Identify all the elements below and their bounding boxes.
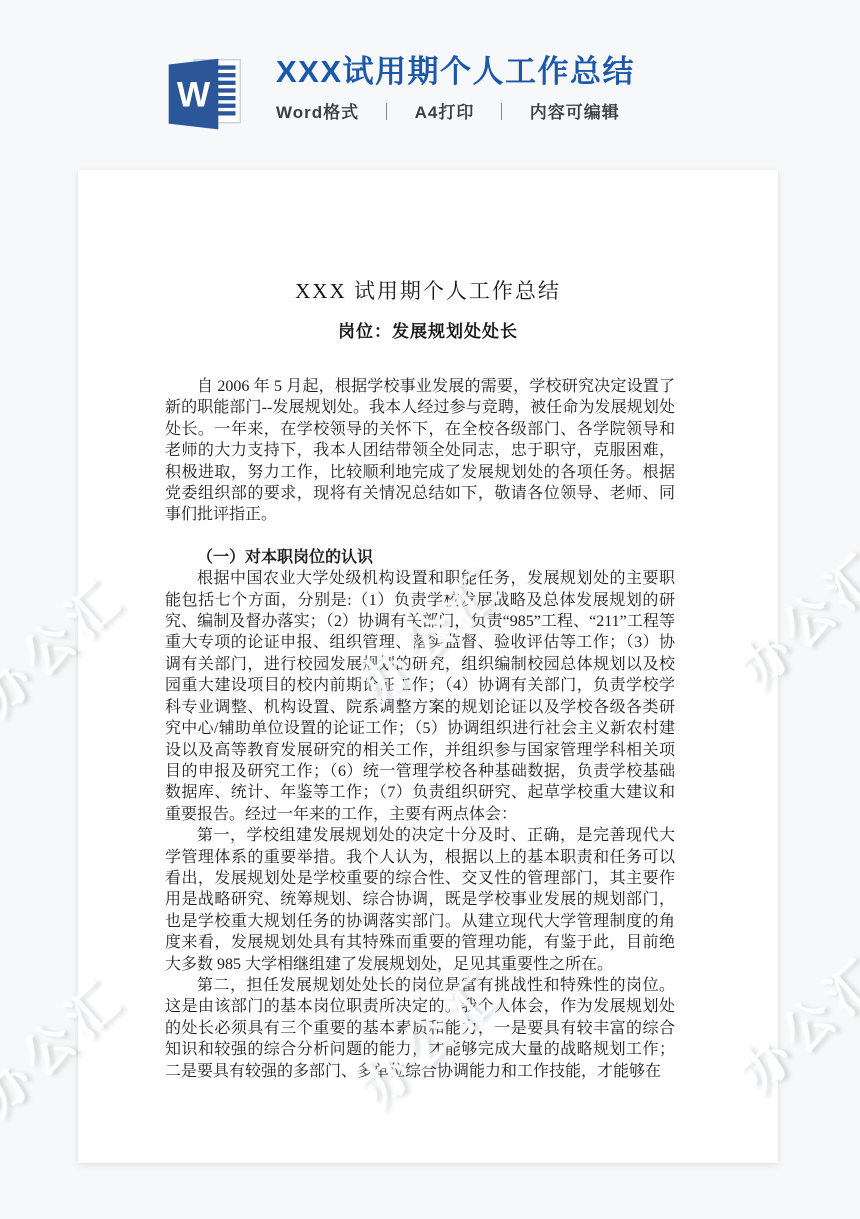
feature-badges: Word格式 ｜ A4打印 ｜ 内容可编辑 [276,98,635,123]
badge-separator: ｜ [493,103,511,122]
document-body: 自 2006 年 5 月起，根据学校事业发展的需要，学校研究决定设置了新的职能部… [78,376,778,1082]
section-heading: （一）对本职岗位的认识 [165,547,675,568]
paragraph-point1: 第一，学校组建发展规划处的决定十分及时、正确，是完善现代大学管理体系的重要举措。… [165,825,675,975]
page-title: XXX试用期个人工作总结 [276,55,635,89]
badge-a4-print: A4打印 [415,103,475,122]
paragraph-duties: 根据中国农业大学处级机构设置和职能任务，发展规划处的主要职能包括七个方面，分别是… [165,568,675,825]
svg-text:W: W [177,75,211,114]
document-page: XXX 试用期个人工作总结 岗位：发展规划处处长 自 2006 年 5 月起，根… [78,170,778,1163]
document-title: XXX 试用期个人工作总结 [78,276,778,306]
word-logo-icon: W [162,55,246,140]
paragraph-intro: 自 2006 年 5 月起，根据学校事业发展的需要，学校研究决定设置了新的职能部… [165,376,675,526]
badge-word-format: Word格式 [276,103,359,122]
paragraph-point2: 第二，担任发展规划处处长的岗位是富有挑战性和特殊性的岗位。这是由该部门的基本岗位… [165,975,675,1082]
badge-separator: ｜ [378,103,396,122]
badge-editable: 内容可编辑 [530,103,620,122]
document-subtitle: 岗位：发展规划处处长 [78,320,778,344]
site-header: W XXX试用期个人工作总结 Word格式 ｜ A4打印 ｜ 内容可编辑 [162,55,635,140]
